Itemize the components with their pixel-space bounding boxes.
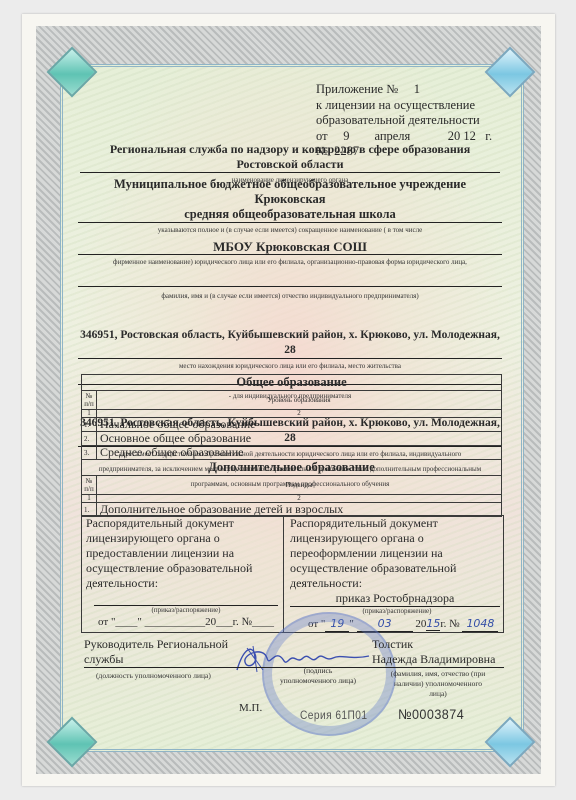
grant-document: Распорядительный документ лицензирующего… (82, 516, 286, 632)
row-number: 1. (82, 418, 97, 432)
licensee-hint1: указываются полное и (в случае если имее… (78, 223, 502, 238)
name-hint-line1: (фамилия, имя, отчество (при (372, 669, 504, 679)
grant-line2: лицензирующего органа о (86, 531, 286, 546)
signatory-position: Руководитель Региональной службы (должно… (84, 637, 264, 683)
reissue-line5: деятельности: (290, 576, 504, 591)
position-line1: Руководитель Региональной (84, 637, 264, 652)
column-header-number: № п/п (82, 391, 97, 410)
general-education-table: Общее образование № п/п Уровень образова… (81, 374, 502, 517)
reissue-year-prefix: 20 (415, 618, 426, 630)
authority-line1: Региональная служба по надзору и контрол… (80, 142, 500, 157)
seal-label: М.П. (239, 702, 262, 714)
grant-line3: предоставлении лицензии на (86, 546, 286, 561)
licensee-name-line1: Муниципальное бюджетное общеобразователь… (78, 177, 502, 207)
signatory-surname: Толстик (372, 637, 504, 652)
column-index-1: 1 (82, 495, 97, 503)
reissue-year: 15 (426, 617, 440, 631)
appendix-line3: образовательной деятельности (316, 113, 492, 129)
form-series: Серия 61П01 (300, 708, 367, 722)
appendix-line2: к лицензии на осуществление (316, 98, 492, 114)
licensee-hint4: место нахождения юридического лица или е… (78, 359, 502, 374)
table-row: 1. Начальное общее образование (82, 418, 502, 432)
signature-hint-line2: уполномоченного лица) (276, 676, 360, 686)
general-education-title: Общее образование (82, 375, 502, 391)
licensee-name-line2: средняя общеобразовательная школа (78, 207, 502, 223)
appendix-label: Приложение № (316, 82, 398, 96)
grant-line1: Распорядительный документ (86, 516, 286, 531)
date-prefix: от (316, 129, 328, 143)
table-row: 2. Основное общее образование (82, 432, 502, 446)
reissue-line2: лицензирующего органа о (290, 531, 504, 546)
name-hint-line2: наличии) уполномоченного (372, 679, 504, 689)
reissue-line3: переоформлении лицензии на (290, 546, 504, 561)
administrative-documents: Распорядительный документ лицензирующего… (81, 515, 504, 633)
grant-line4: осуществление образовательной (86, 561, 286, 576)
reissue-line4: осуществление образовательной (290, 561, 504, 576)
entrepreneur-name-blank (78, 270, 502, 287)
signatory-name: Толстик Надежда Владимировна (фамилия, и… (372, 637, 504, 699)
reissue-no-label: г. № (440, 618, 459, 630)
date-year: 20 12 (448, 129, 476, 143)
grant-line5: деятельности: (86, 576, 286, 591)
education-level: Среднее общее образование (97, 446, 502, 460)
column-header-level: Уровень образования (97, 391, 502, 410)
column-index-1: 1 (82, 410, 97, 418)
row-number: 3. (82, 446, 97, 460)
appendix-number: 1 (414, 82, 420, 96)
licensee-hint2: фирменное наименование) юридического лиц… (78, 255, 502, 270)
year-suffix: г. (485, 129, 492, 143)
license-appendix: Приложение № 1 к лицензии на осуществлен… (0, 0, 576, 800)
signature-hint-line1: (подпись (276, 666, 360, 676)
grant-hint: (приказ/распоряжение) (86, 606, 286, 615)
education-level: Основное общее образование (97, 432, 502, 446)
legal-address: 346951, Ростовская область, Куйбышевский… (78, 328, 502, 359)
licensee-hint3: фамилия, имя и (в случае если имеется) о… (78, 289, 502, 304)
authority-line2: Ростовской области (80, 157, 500, 173)
form-number: №0003874 (398, 706, 464, 722)
licensee-short-name: МБОУ Крюковская СОШ (78, 239, 502, 255)
position-hint: (должность уполномоченного лица) (84, 668, 264, 683)
row-number: 2. (82, 432, 97, 446)
column-header-number: № п/п (82, 476, 97, 495)
reissue-line1: Распорядительный документ (290, 516, 504, 531)
name-hint-line3: лица) (372, 689, 504, 699)
reissue-order: приказ Ростобрнадзора (290, 591, 500, 607)
reissue-number: 1048 (462, 616, 498, 632)
signature-hint: (подпись уполномоченного лица) (276, 666, 360, 686)
date-month: апреля (374, 129, 410, 143)
date-day: 9 (343, 129, 349, 143)
education-level: Начальное общее образование (97, 418, 502, 432)
signatory-given-names: Надежда Владимировна (372, 652, 504, 668)
column-header-subtype: Подвиды (97, 476, 502, 495)
grant-date-line: от "____" ___________20___г. №____ (86, 615, 286, 630)
table-row: 3. Среднее общее образование (82, 446, 502, 460)
additional-education-title: Дополнительное образование (82, 460, 502, 476)
